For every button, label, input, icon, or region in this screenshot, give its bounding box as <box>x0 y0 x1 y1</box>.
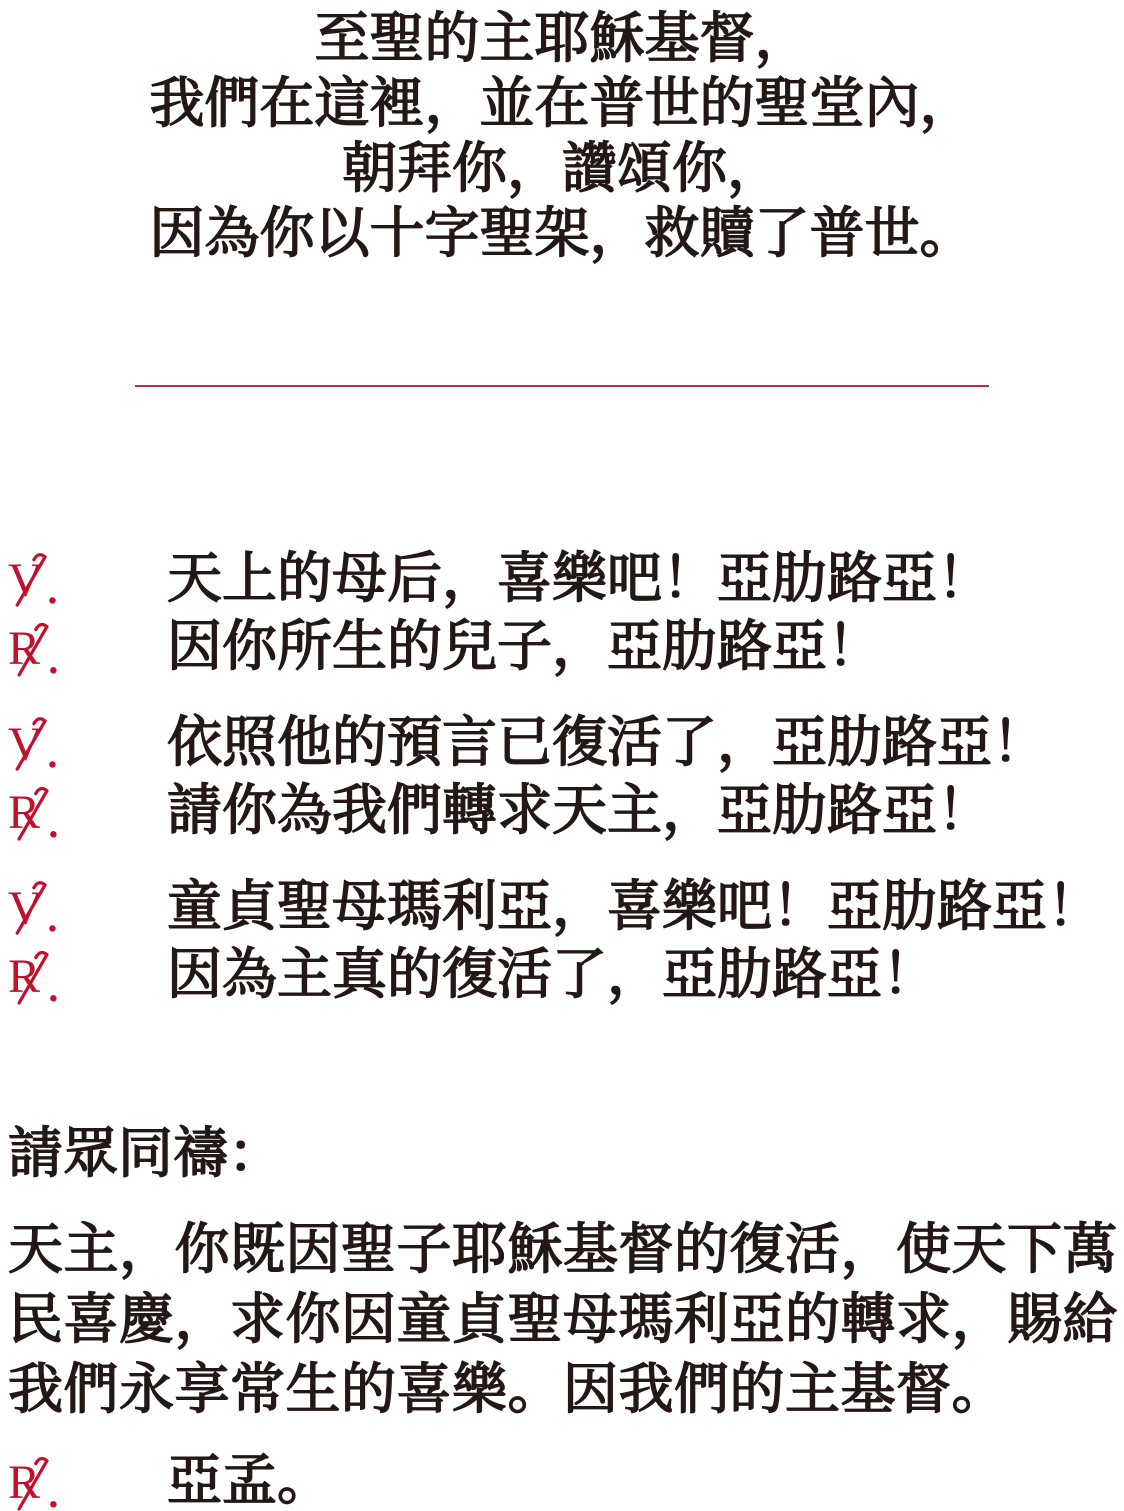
collect-prayer-line: 天主，你既因聖子耶穌基督的復活，使天下萬 <box>8 1215 1124 1285</box>
versicle-text: 依照他的預言已復活了，亞肋路亞！ <box>167 709 1047 777</box>
response-text: 請你為我們轉求天主，亞肋路亞！ <box>167 777 992 845</box>
response-icon: R <box>8 784 58 842</box>
versicle-row: V 天上的母后，喜樂吧！亞肋路亞！ <box>0 545 1124 613</box>
svg-text:V: V <box>8 554 43 607</box>
collect-prayer-line: 民喜慶，求你因童貞聖母瑪利亞的轉求，賜給 <box>8 1285 1124 1355</box>
response-icon: R <box>8 1454 58 1511</box>
opening-prayer-line: 因為你以十字聖架，救贖了普世。 <box>0 201 1124 266</box>
response-row: R 請你為我們轉求天主，亞肋路亞！ <box>0 777 1124 845</box>
versicle-symbol-column: V <box>0 873 167 938</box>
lets-pray-label: 請眾同禱： <box>0 1121 1124 1186</box>
response-text: 因為主真的復活了，亞肋路亞！ <box>167 941 937 1009</box>
response-symbol-column: R <box>0 1447 167 1511</box>
prayer-book-page: { "page": { "background": "#ffffff", "in… <box>0 0 1124 1511</box>
response-symbol-column: R <box>0 613 167 678</box>
versicle-row: V 依照他的預言已復活了，亞肋路亞！ <box>0 709 1124 777</box>
versicle-response-section: V 天上的母后，喜樂吧！亞肋路亞！ R 因你所生的兒子，亞肋路亞！ <box>0 545 1124 1009</box>
svg-text:V: V <box>8 882 43 935</box>
versicle-text: 天上的母后，喜樂吧！亞肋路亞！ <box>167 545 992 613</box>
opening-prayer-line: 朝拜你，讚頌你， <box>0 136 1124 201</box>
opening-prayer: 至聖的主耶穌基督， 我們在這裡，並在普世的聖堂內， 朝拜你，讚頌你， 因為你以十… <box>0 0 1124 266</box>
response-row: R 因你所生的兒子，亞肋路亞！ <box>0 613 1124 681</box>
versicle-response-pair: V 童貞聖母瑪利亞，喜樂吧！亞肋路亞！ R 因為主真的復活了，亞肋路亞！ <box>0 873 1124 1009</box>
versicle-icon: V <box>8 552 58 610</box>
opening-prayer-line: 至聖的主耶穌基督， <box>0 6 1124 71</box>
versicle-symbol-column: V <box>0 709 167 774</box>
versicle-response-pair: V 天上的母后，喜樂吧！亞肋路亞！ R 因你所生的兒子，亞肋路亞！ <box>0 545 1124 681</box>
collect-prayer: 天主，你既因聖子耶穌基督的復活，使天下萬 民喜慶，求你因童貞聖母瑪利亞的轉求，賜… <box>0 1215 1124 1425</box>
response-icon: R <box>8 948 58 1006</box>
versicle-icon: V <box>8 716 58 774</box>
versicle-icon: V <box>8 880 58 938</box>
svg-text:V: V <box>8 718 43 771</box>
versicle-row: V 童貞聖母瑪利亞，喜樂吧！亞肋路亞！ <box>0 873 1124 941</box>
section-divider-rule <box>135 385 989 387</box>
versicle-text: 童貞聖母瑪利亞，喜樂吧！亞肋路亞！ <box>167 873 1102 941</box>
response-text: 因你所生的兒子，亞肋路亞！ <box>167 613 882 681</box>
versicle-symbol-column: V <box>0 545 167 610</box>
collect-prayer-line: 我們永享常生的喜樂。因我們的主基督。 <box>8 1355 1124 1425</box>
response-row: R 因為主真的復活了，亞肋路亞！ <box>0 941 1124 1009</box>
response-symbol-column: R <box>0 941 167 1006</box>
amen-row: R 亞孟。 <box>0 1447 1124 1511</box>
opening-prayer-line: 我們在這裡，並在普世的聖堂內， <box>0 71 1124 136</box>
response-icon: R <box>8 620 58 678</box>
versicle-response-pair: V 依照他的預言已復活了，亞肋路亞！ R 請你為我們轉求天主，亞肋路亞！ <box>0 709 1124 845</box>
response-symbol-column: R <box>0 777 167 842</box>
amen-text: 亞孟。 <box>167 1447 332 1511</box>
